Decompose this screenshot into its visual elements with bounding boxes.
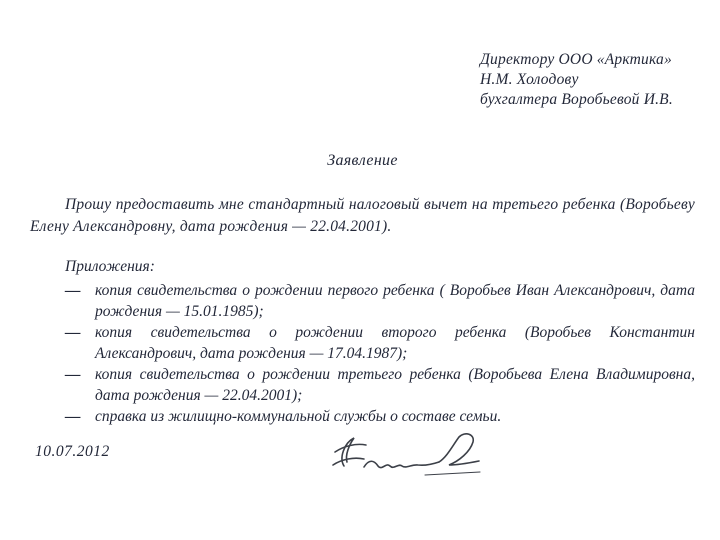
attachment-item: — копия свидетельства о рождении третьег… bbox=[30, 364, 695, 406]
attachment-item-text: копия свидетельства о рождении первого р… bbox=[95, 280, 695, 322]
attachments-heading: Приложения: bbox=[30, 256, 695, 278]
document-date: 10.07.2012 bbox=[35, 443, 110, 461]
signature-scribble bbox=[328, 430, 483, 485]
dash-bullet: — bbox=[65, 322, 95, 364]
addressee-line-director: Директору ООО «Арктика» bbox=[480, 50, 695, 70]
attachments-list: — копия свидетельства о рождении первого… bbox=[30, 280, 695, 427]
addressee-line-from: бухгалтера Воробьевой И.В. bbox=[480, 90, 695, 110]
attachment-item: — копия свидетельства о рождении второго… bbox=[30, 322, 695, 364]
body-paragraph: Прошу предоставить мне стандартный налог… bbox=[30, 194, 695, 238]
attachment-item: — копия свидетельства о рождении первого… bbox=[30, 280, 695, 322]
addressee-block: Директору ООО «Арктика» Н.М. Холодову бу… bbox=[480, 50, 695, 110]
dash-bullet: — bbox=[65, 406, 95, 427]
attachment-item-text: копия свидетельства о рождении второго р… bbox=[95, 322, 695, 364]
dash-bullet: — bbox=[65, 364, 95, 406]
attachment-item-text: справка из жилищно-коммунальной службы о… bbox=[95, 406, 695, 427]
addressee-line-name: Н.М. Холодову bbox=[480, 70, 695, 90]
attachment-item: — справка из жилищно-коммунальной службы… bbox=[30, 406, 695, 427]
dash-bullet: — bbox=[65, 280, 95, 322]
document-page: Директору ООО «Арктика» Н.М. Холодову бу… bbox=[0, 0, 720, 540]
attachment-item-text: копия свидетельства о рождении третьего … bbox=[95, 364, 695, 406]
document-title: Заявление bbox=[30, 152, 695, 170]
